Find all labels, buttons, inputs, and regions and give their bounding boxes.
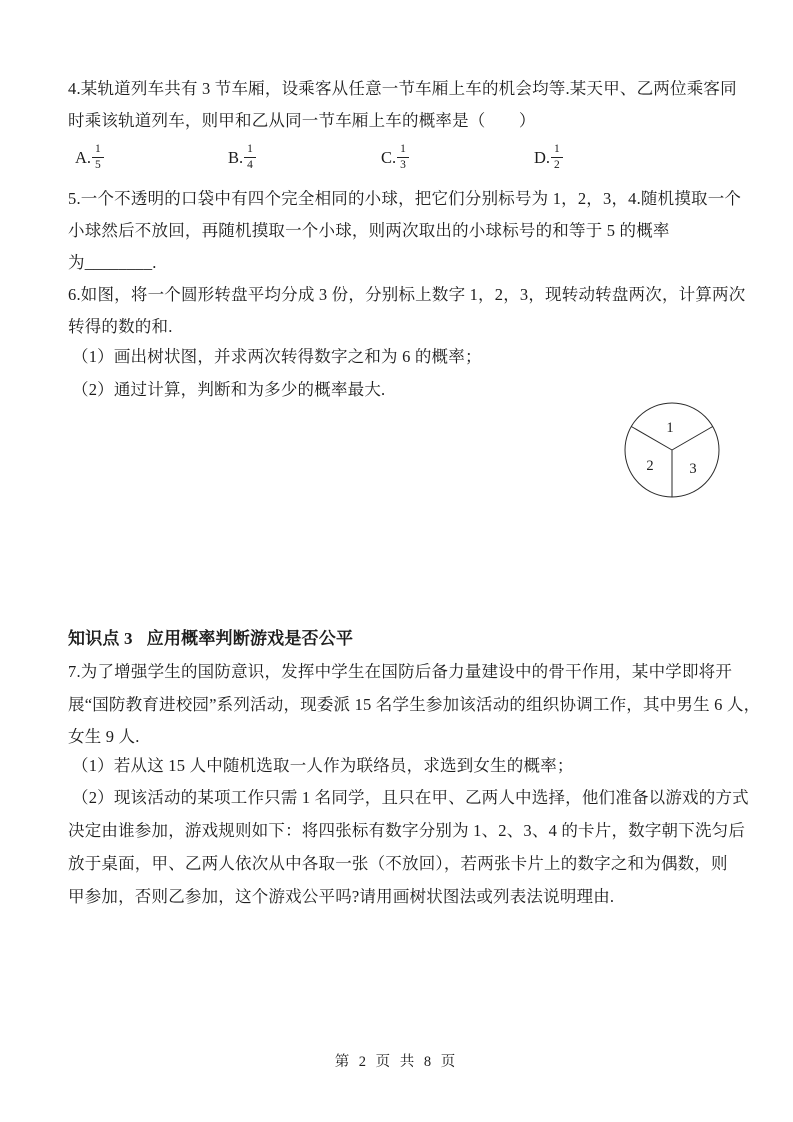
fraction-denominator: 5 [92,158,104,172]
section-heading: 知识点 3应用概率判断游戏是否公平 [68,628,736,650]
fraction-numerator: 1 [397,143,409,158]
q4-option-a-label: A. [75,148,91,168]
q7-sub-question-1: （1）若从这 15 人中随机选取一人作为联络员，求选到女生的概率； [72,755,740,777]
q7-line-1: 7.为了增强学生的国防意识，发挥中学生在国防后备力量建设中的骨干作用，某中学即将… [68,661,736,683]
page-number-footer: 第 2 页 共 8 页 [0,1050,793,1071]
q7-sub-question-2-line-2: 决定由谁参加，游戏规则如下：将四张标有数字分别为 1、2、3、4 的卡片，数字朝… [68,820,736,842]
q6-line-2: 转得的数的和. [68,316,736,338]
q7-sub-question-2-line-1: （2）现该活动的某项工作只需 1 名同学，且只在甲、乙两人中选择，他们准备以游戏… [72,787,740,809]
spinner-sector-label-3: 3 [689,461,696,477]
q4-option-b: B. 1 4 [228,143,256,172]
section-heading-title: 应用概率判断游戏是否公平 [147,629,353,648]
q5-line-2: 小球然后不放回，再随机摸取一个小球，则两次取出的小球标号的和等于 5 的概率 [68,220,736,242]
spinner-diagram: 1 2 3 [617,395,727,505]
worksheet-page: 4.某轨道列车共有 3 节车厢，设乘客从任意一节车厢上车的机会均等.某天甲、乙两… [0,0,793,1122]
q7-sub-question-2-line-3: 放于桌面，甲、乙两人依次从中各取一张（不放回），若两张卡片上的数字之和为偶数，则 [68,853,736,875]
q7-sub-question-2-line-4: 甲参加，否则乙参加，这个游戏公平吗?请用画树状图法或列表法说明理由. [68,886,736,908]
q7-line-3: 女生 9 人. [68,726,736,748]
q4-option-d: D. 1 2 [534,143,563,172]
q4-option-d-label: D. [534,148,550,168]
spinner-sector-label-2: 2 [646,458,653,474]
q4-option-a: A. 1 5 [75,143,104,172]
q5-line-1: 5.一个不透明的口袋中有四个完全相同的小球，把它们分别标号为 1，2，3，4.随… [68,188,736,210]
fraction-denominator: 3 [397,158,409,172]
q4-option-c: C. 1 3 [381,143,409,172]
q4-option-b-label: B. [228,148,243,168]
fraction-numerator: 1 [244,143,256,158]
q4-option-b-fraction: 1 4 [244,143,256,172]
q4-line-2: 时乘该轨道列车，则甲和乙从同一节车厢上车的概率是（ ） [68,110,736,132]
fraction-denominator: 4 [244,158,256,172]
spinner-spoke-upright [672,427,713,451]
q7-line-2: 展“国防教育进校园”系列活动，现委派 15 名学生参加该活动的组织协调工作，其中… [68,694,736,716]
q4-options: A. 1 5 B. 1 4 C. 1 3 D. 1 2 [68,143,736,179]
fraction-numerator: 1 [92,143,104,158]
q4-line-1: 4.某轨道列车共有 3 节车厢，设乘客从任意一节车厢上车的机会均等.某天甲、乙两… [68,78,736,100]
q4-option-c-fraction: 1 3 [397,143,409,172]
q4-option-a-fraction: 1 5 [92,143,104,172]
q6-sub-question-1: （1）画出树状图，并求两次转得数字之和为 6 的概率； [72,346,740,368]
spinner-sector-label-1: 1 [666,420,673,436]
q4-option-c-label: C. [381,148,396,168]
q6-line-1: 6.如图，将一个圆形转盘平均分成 3 份，分别标上数字 1，2，3，现转动转盘两… [68,284,736,306]
fraction-denominator: 2 [551,158,563,172]
section-heading-label: 知识点 3 [68,629,133,648]
q4-option-d-fraction: 1 2 [551,143,563,172]
fraction-numerator: 1 [551,143,563,158]
q5-line-3-blank: 为________. [68,252,736,274]
